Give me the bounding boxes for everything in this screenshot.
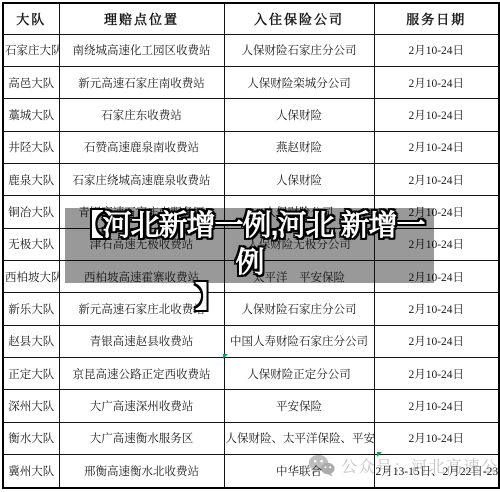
brigade-cell: 无极大队: [3, 228, 59, 260]
date-cell: 2月10-24日: [374, 66, 499, 98]
date-cell: 2月10-24日: [374, 131, 499, 163]
insurer-cell: 人保财险石家庄分公司: [224, 34, 374, 66]
insurer-cell: 人保财险: [224, 99, 374, 131]
insurer-cell: 人保财险栾城分公司: [224, 66, 374, 98]
col-header-service-date: 服务日期: [374, 3, 499, 34]
table-row: 冀州大队邢衡高速衡水北收费站中华联合2月13-15日、2月22日-23日: [3, 455, 499, 488]
date-cell: 2月13-15日、2月22日-23日: [374, 455, 499, 488]
table-row: 鹿泉大队石家庄绕城高速鹿泉收费站人保财险2月10-24日: [3, 163, 499, 195]
location-cell: 青银高速赵县收费站: [59, 325, 224, 357]
insurer-cell: 平安保险: [224, 390, 374, 422]
table-row: 赵县大队青银高速赵县收费站中国人寿财险石家庄分公司2月10-24日: [3, 325, 499, 357]
table-row: 藁城大队石家庄东收费站人保财险2月10-24日: [3, 99, 499, 131]
brigade-cell: 赵县大队: [3, 325, 59, 357]
date-cell: 2月10-24日: [374, 422, 499, 454]
table-row: 井陉大队石赞高速鹿泉南收费站燕赵财险2月10-24日: [3, 131, 499, 163]
insurer-cell: 中国人寿财险石家庄分公司: [224, 325, 374, 357]
brigade-cell: 鹿泉大队: [3, 163, 59, 195]
location-cell: 石赞高速鹿泉南收费站: [59, 131, 224, 163]
brigade-cell: 铜冶大队: [3, 196, 59, 228]
brigade-cell: 冀州大队: [3, 455, 59, 488]
brigade-cell: 衡水大队: [3, 422, 59, 454]
brigade-cell: 高邑大队: [3, 66, 59, 98]
cell-marker-green: [377, 452, 382, 457]
headline-text-line1: 【河北新增一例,河北 新增一例: [65, 208, 434, 282]
date-cell: 2月10-24日: [374, 390, 499, 422]
date-cell: 2月10-24日: [374, 358, 499, 390]
location-cell: 南绕城高速化工园区收费站: [59, 34, 224, 66]
insurer-cell: 中华联合: [224, 455, 374, 488]
brigade-cell: 藁城大队: [3, 99, 59, 131]
table-row: 正定大队京昆高速公路正定西收费站人保财险正定分公司2月10-24日: [3, 358, 499, 390]
location-cell: 京昆高速公路正定西收费站: [59, 358, 224, 390]
table-row: 深州大队大广高速深州收费站平安保险2月10-24日: [3, 390, 499, 422]
location-cell: 大广高速衡水服务区: [59, 422, 224, 454]
insurer-cell: 人保财险正定分公司: [224, 358, 374, 390]
location-cell: 大广高速深州收费站: [59, 390, 224, 422]
location-cell: 石家庄绕城高速鹿泉收费站: [59, 163, 224, 195]
date-cell: 2月10-24日: [374, 34, 499, 66]
headline-overlay: 【河北新增一例,河北 新增一例 】: [65, 208, 434, 283]
col-header-claims-location: 理赔点位置: [59, 3, 224, 34]
location-cell: 新元高速石家庄南收费站: [59, 66, 224, 98]
location-cell: 石家庄东收费站: [59, 99, 224, 131]
brigade-cell: 深州大队: [3, 390, 59, 422]
page: 公众号：河北高速公安 大队 理赔点位置 入住保险公司 服务日期 石家庄大队南绕城…: [0, 0, 500, 492]
date-cell: 2月10-24日: [374, 325, 499, 357]
table-row: 高邑大队新元高速石家庄南收费站人保财险栾城分公司2月10-24日: [3, 66, 499, 98]
col-header-insurer: 入住保险公司: [224, 3, 374, 34]
cell-marker-green: [223, 354, 228, 359]
table-header-row: 大队 理赔点位置 入住保险公司 服务日期: [3, 3, 499, 34]
location-cell: 邢衡高速衡水北收费站: [59, 455, 224, 488]
table-row: 石家庄大队南绕城高速化工园区收费站人保财险石家庄分公司2月10-24日: [3, 34, 499, 66]
table-row: 衡水大队大广高速衡水服务区人保财险、太平洋保险、平安保险2月10-24日: [3, 422, 499, 454]
insurer-cell: 燕赵财险: [224, 131, 374, 163]
brigade-cell: 石家庄大队: [3, 34, 59, 66]
insurer-cell: 人保财险、太平洋保险、平安保险: [224, 422, 374, 454]
brigade-cell: 正定大队: [3, 358, 59, 390]
headline-text-line2: 】: [25, 282, 394, 315]
insurer-cell: 人保财险: [224, 163, 374, 195]
date-cell: 2月10-24日: [374, 163, 499, 195]
col-header-brigade: 大队: [3, 3, 59, 34]
date-cell: 2月10-24日: [374, 99, 499, 131]
brigade-cell: 井陉大队: [3, 131, 59, 163]
